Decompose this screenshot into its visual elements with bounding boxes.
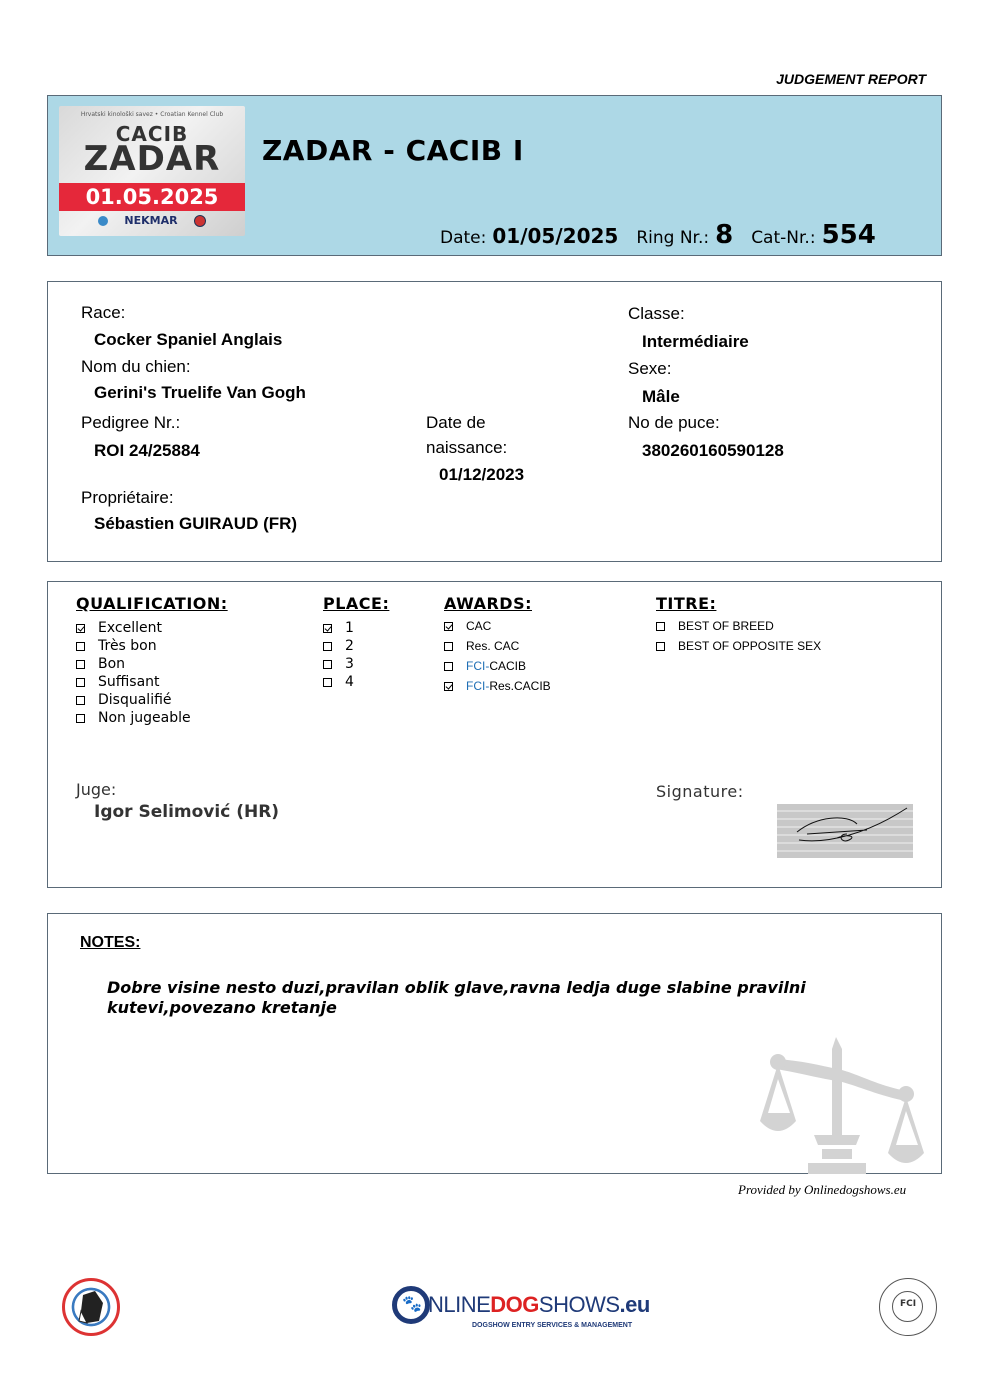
checkbox-label: 3 — [345, 656, 354, 672]
signature-scribble-icon — [777, 804, 913, 858]
signature-label: Signature: — [656, 782, 744, 801]
show-logo: Hrvatski kinološki savez • Croatian Kenn… — [59, 106, 245, 236]
place-section: PLACE: 1234 — [323, 594, 389, 691]
birth-label-line1: Date de — [426, 413, 486, 433]
checkbox-empty-icon[interactable] — [76, 660, 85, 669]
ods-word-eu: .eu — [620, 1292, 650, 1317]
ods-word-dog: DOG — [490, 1292, 539, 1317]
name-value: Gerini's Truelife Van Gogh — [94, 383, 306, 403]
judge-name: Igor Selimović (HR) — [94, 802, 279, 822]
checkbox-label: Disqualifié — [98, 692, 172, 708]
owner-value: Sébastien GUIRAUD (FR) — [94, 514, 297, 534]
awards-options: CACRes. CACFCI-CACIBFCI-Res.CACIB — [444, 616, 551, 696]
signature-image — [777, 804, 913, 858]
cat-value: 554 — [822, 220, 876, 250]
birth-value: 01/12/2023 — [439, 465, 524, 485]
name-label: Nom du chien: — [81, 357, 191, 377]
report-type-label: JUDGEMENT REPORT — [776, 71, 926, 87]
checkbox-label: Res.CACIB — [489, 679, 550, 693]
cat-label: Cat-Nr.: — [751, 228, 815, 248]
checkbox-option[interactable]: FCI-Res.CACIB — [444, 676, 551, 696]
checkbox-label: 2 — [345, 638, 354, 654]
dog-info: Race: Cocker Spaniel Anglais Nom du chie… — [47, 281, 942, 562]
dog-head-icon — [65, 1281, 117, 1333]
checkbox-empty-icon[interactable] — [656, 642, 665, 651]
checkbox-checked-icon[interactable] — [444, 682, 453, 691]
date-value: 01/05/2025 — [492, 224, 618, 248]
checkbox-empty-icon[interactable] — [76, 678, 85, 687]
checkbox-label: BEST OF OPPOSITE SEX — [678, 639, 821, 653]
checkbox-option[interactable]: FCI-CACIB — [444, 656, 551, 676]
place-options: 1234 — [323, 619, 389, 691]
notes-text: Dobre visine nesto duzi,pravilan oblik g… — [107, 978, 867, 1018]
fci-text: FCI — [880, 1299, 936, 1309]
checkbox-option[interactable]: Excellent — [76, 619, 228, 637]
birth-label-line2: naissance: — [426, 438, 507, 458]
checkbox-empty-icon[interactable] — [323, 660, 332, 669]
class-label: Classe: — [628, 304, 685, 324]
notes-heading: NOTES: — [80, 934, 140, 952]
awards-section: AWARDS: CACRes. CACFCI-CACIBFCI-Res.CACI… — [444, 594, 551, 696]
sponsor-name: NEKMAR — [124, 214, 177, 227]
awards-heading: AWARDS: — [444, 594, 551, 613]
logo-date: 01.05.2025 — [59, 183, 245, 211]
fci-prefix: FCI- — [466, 679, 489, 693]
ods-tagline: DOGSHOW ENTRY SERVICES & MANAGEMENT — [472, 1322, 632, 1329]
checkbox-option[interactable]: 2 — [323, 637, 389, 655]
show-meta: Date:01/05/2025Ring Nr.:8Cat-Nr.:554 — [440, 220, 894, 250]
checkbox-checked-icon[interactable] — [323, 624, 332, 633]
checkbox-label: 4 — [345, 674, 354, 690]
checkbox-checked-icon[interactable] — [76, 624, 85, 633]
hks-badge-icon — [194, 215, 206, 227]
paw-icon: 🐾 — [402, 1294, 422, 1313]
checkbox-option[interactable]: BEST OF BREED — [656, 616, 821, 636]
date-label: Date: — [440, 228, 486, 248]
checkbox-option[interactable]: BEST OF OPPOSITE SEX — [656, 636, 821, 656]
checkbox-checked-icon[interactable] — [444, 622, 453, 631]
chip-value: 380260160590128 — [642, 441, 784, 461]
ring-value: 8 — [715, 220, 733, 250]
checkbox-label: Excellent — [98, 620, 162, 636]
show-header: Hrvatski kinološki savez • Croatian Kenn… — [47, 95, 942, 256]
checkbox-option[interactable]: Suffisant — [76, 673, 228, 691]
logo-sponsors: NEKMAR — [59, 214, 245, 227]
qualification-heading: QUALIFICATION: — [76, 594, 228, 613]
titre-options: BEST OF BREEDBEST OF OPPOSITE SEX — [656, 616, 821, 656]
checkbox-option[interactable]: Non jugeable — [76, 709, 228, 727]
checkbox-label: CACIB — [489, 659, 526, 673]
checkbox-option[interactable]: Bon — [76, 655, 228, 673]
ods-wordmark: NLINEDOGSHOWS.eu — [428, 1292, 650, 1318]
ring-label: Ring Nr.: — [636, 228, 709, 248]
checkbox-option[interactable]: CAC — [444, 616, 551, 636]
chip-label: No de puce: — [628, 413, 720, 433]
fci-logo: FCI — [879, 1278, 937, 1336]
checkbox-label: 1 — [345, 620, 354, 636]
checkbox-empty-icon[interactable] — [444, 662, 453, 671]
onlinedogshows-logo: 🐾 NLINEDOGSHOWS.eu DOGSHOW ENTRY SERVICE… — [392, 1286, 608, 1336]
sex-label: Sexe: — [628, 359, 671, 379]
logo-subtitle: Hrvatski kinološki savez • Croatian Kenn… — [59, 111, 245, 118]
titre-section: TITRE: BEST OF BREEDBEST OF OPPOSITE SEX — [656, 594, 821, 656]
ods-word-online: NLINE — [428, 1292, 490, 1317]
judge-label: Juge: — [76, 780, 116, 799]
checkbox-label: Res. CAC — [466, 639, 519, 653]
checkbox-empty-icon[interactable] — [656, 622, 665, 631]
fci-globe-icon — [98, 216, 108, 226]
show-title: ZADAR - CACIB I — [262, 134, 524, 167]
checkbox-option[interactable]: Disqualifié — [76, 691, 228, 709]
notes-section: NOTES: Dobre visine nesto duzi,pravilan … — [47, 913, 942, 1174]
checkbox-label: CAC — [466, 619, 491, 633]
place-heading: PLACE: — [323, 594, 389, 613]
owner-label: Propriétaire: — [81, 488, 174, 508]
checkbox-empty-icon[interactable] — [76, 696, 85, 705]
checkbox-label: Bon — [98, 656, 125, 672]
checkbox-option[interactable]: 4 — [323, 673, 389, 691]
qualification-options: ExcellentTrès bonBonSuffisantDisqualifié… — [76, 619, 228, 727]
checkbox-empty-icon[interactable] — [76, 642, 85, 651]
checkbox-label: BEST OF BREED — [678, 619, 774, 633]
judging-results: QUALIFICATION: ExcellentTrès bonBonSuffi… — [47, 581, 942, 888]
checkbox-label: Très bon — [98, 638, 157, 654]
scales-of-justice-icon — [756, 1029, 926, 1174]
croatian-kennel-club-logo — [62, 1278, 120, 1336]
checkbox-option[interactable]: 1 — [323, 619, 389, 637]
provided-by: Provided by Onlinedogshows.eu — [738, 1182, 906, 1198]
race-label: Race: — [81, 303, 125, 323]
pedigree-value: ROI 24/25884 — [94, 441, 200, 461]
logo-city: ZADAR — [59, 140, 245, 178]
sex-value: Mâle — [642, 387, 680, 407]
checkbox-label: Suffisant — [98, 674, 160, 690]
fci-prefix: FCI- — [466, 659, 489, 673]
qualification-section: QUALIFICATION: ExcellentTrès bonBonSuffi… — [76, 594, 228, 727]
class-value: Intermédiaire — [642, 332, 749, 352]
ods-word-shows: SHOWS — [539, 1292, 620, 1317]
pedigree-label: Pedigree Nr.: — [81, 413, 180, 433]
checkbox-empty-icon[interactable] — [323, 678, 332, 687]
checkbox-option[interactable]: 3 — [323, 655, 389, 673]
checkbox-option[interactable]: Très bon — [76, 637, 228, 655]
checkbox-option[interactable]: Res. CAC — [444, 636, 551, 656]
race-value: Cocker Spaniel Anglais — [94, 330, 282, 350]
checkbox-label: Non jugeable — [98, 710, 191, 726]
checkbox-empty-icon[interactable] — [444, 642, 453, 651]
checkbox-empty-icon[interactable] — [76, 714, 85, 723]
checkbox-empty-icon[interactable] — [323, 642, 332, 651]
titre-heading: TITRE: — [656, 594, 821, 613]
